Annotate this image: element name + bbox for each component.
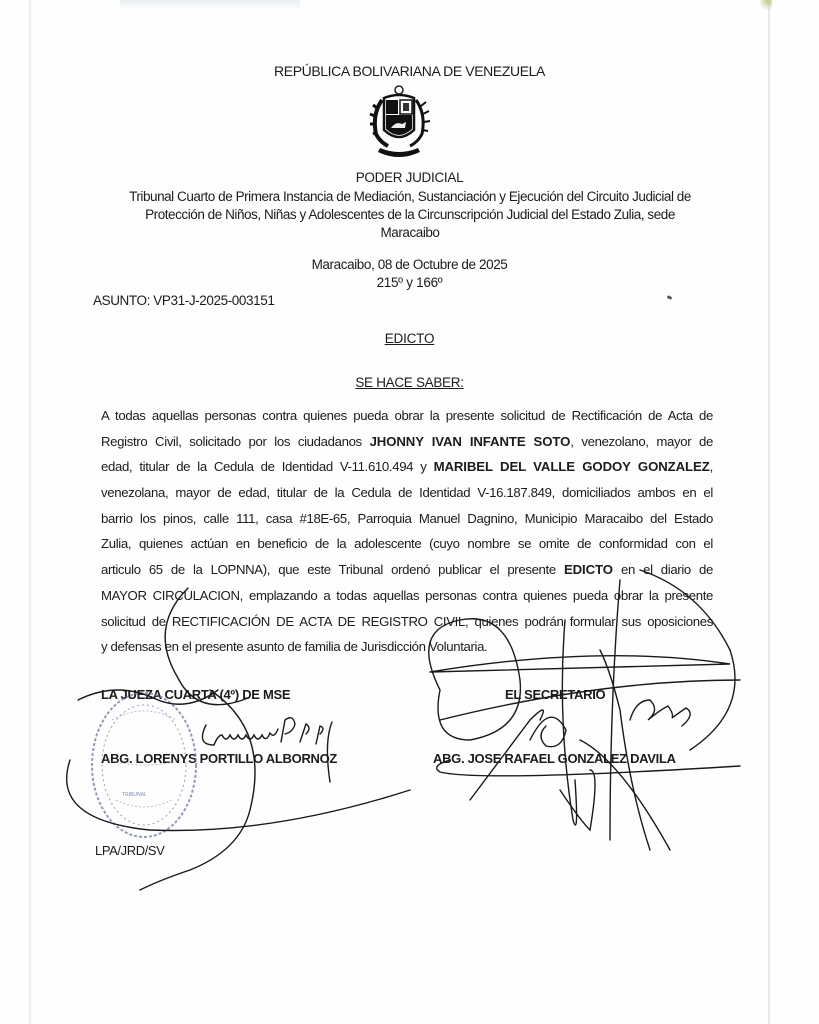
paper-edge-left [29,0,31,1024]
body-text: solicitud de RECTIFICACIÓN DE ACTA DE RE… [101,614,713,629]
body-emphasis: MARIBEL DEL VALLE GODOY GONZALEZ [434,459,710,474]
branch-heading: PODER JUDICIAL [0,170,819,185]
document-subtitle: SE HACE SABER: [0,375,819,390]
body-text: , venezolano, mayor de [570,434,713,449]
body-emphasis: EDICTO [564,562,613,577]
body-text: MAYOR CIRCULACION, emplazando a todas aq… [101,588,713,603]
body-text: Zulia, quienes actúan en beneficio de la… [101,536,713,551]
body-text: edad, titular de la Cedula de Identidad … [101,459,434,474]
judge-name: ABG. LORENYS PORTILLO ALBORNOZ [101,751,337,766]
body-text: barrio los pinos, calle 111, casa #18E-6… [101,511,713,526]
body-line: articulo 65 de la LOPNNA), que este Trib… [101,557,713,583]
venezuela-coat-of-arms-icon [362,84,436,164]
body-line: Registro Civil, solicitado por los ciuda… [101,429,713,455]
body-text: y defensas en el presente asunto de fami… [101,639,487,654]
body-line: A todas aquellas personas contra quienes… [101,403,713,429]
body-emphasis: JHONNY IVAN INFANTE SOTO [370,434,571,449]
tribunal-line: Protección de Niños, Niñas y Adolescente… [95,206,725,224]
body-line: y defensas en el presente asunto de fami… [101,634,713,660]
secretary-name: ABG. JOSE RAFAEL GONZALEZ DAVILA [433,751,676,766]
tribunal-line: Maracaibo [95,224,725,242]
body-line: edad, titular de la Cedula de Identidad … [101,454,713,480]
era-years: 215º y 166º [0,275,819,290]
tribunal-line: Tribunal Cuarto de Primera Instancia de … [95,188,725,206]
edict-body: A todas aquellas personas contra quienes… [101,403,713,660]
body-line: barrio los pinos, calle 111, casa #18E-6… [101,506,713,532]
scan-speck [667,295,673,300]
scan-smudge [120,0,300,10]
document-title: EDICTO [0,331,819,346]
judge-title: LA JUEZA CUARTA (4º) DE MSE [101,687,290,702]
body-text: A todas aquellas personas contra quienes… [101,408,713,423]
tribunal-heading: Tribunal Cuarto de Primera Instancia de … [95,188,725,242]
paper-edge-right [768,0,770,1024]
reference-initials: LPA/JRD/SV [95,843,164,858]
case-number: ASUNTO: VP31-J-2025-003151 [93,293,274,308]
body-text: , [710,459,713,474]
document-date: Maracaibo, 08 de Octubre de 2025 [0,257,819,272]
body-text: Registro Civil, solicitado por los ciuda… [101,434,370,449]
secretary-title: EL SECRETARIO [505,687,605,702]
body-line: Zulia, quienes actúan en beneficio de la… [101,531,713,557]
scan-corner-mark [758,0,772,10]
body-line: solicitud de RECTIFICACIÓN DE ACTA DE RE… [101,609,713,635]
country-heading: REPÚBLICA BOLIVARIANA DE VENEZUELA [0,63,819,79]
body-text: venezolana, mayor de edad, titular de la… [101,485,713,500]
body-text: articulo 65 de la LOPNNA), que este Trib… [101,562,564,577]
body-text: en el diario de [613,562,713,577]
svg-text:TRIBUNAL: TRIBUNAL [122,792,147,798]
body-line: MAYOR CIRCULACION, emplazando a todas aq… [101,583,713,609]
body-line: venezolana, mayor de edad, titular de la… [101,480,713,506]
